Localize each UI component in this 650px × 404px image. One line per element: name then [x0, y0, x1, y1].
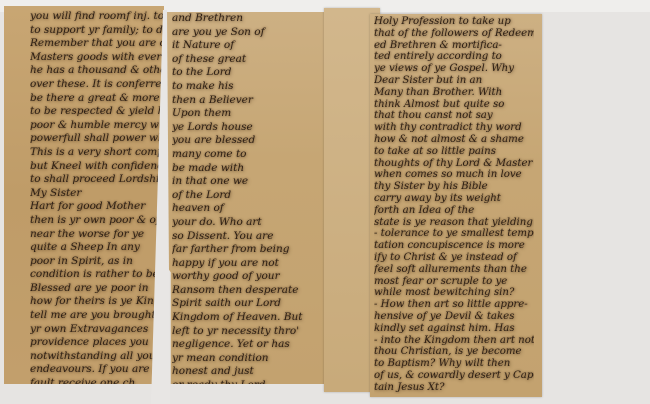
- text-line: providence places you: [30, 336, 164, 350]
- right-page-text: Holy Profession to take up that of the f…: [374, 16, 534, 394]
- left-page-text: you will find roomf inj. to manage; y. l…: [30, 10, 164, 391]
- text-line: Masters goods with ever & most rigorous: [30, 51, 164, 65]
- text-line: to Baptism? Why wilt then: [374, 358, 534, 370]
- text-line: poor & humble mercy when Being the Lady: [30, 119, 164, 133]
- text-line: ye Lords house: [172, 121, 314, 135]
- text-line: Blessed are ye poor in: [30, 282, 164, 296]
- text-line: he has a thousand & other Islands: [30, 64, 164, 78]
- text-line: many come to: [172, 148, 314, 162]
- text-line: then is yr own poor & of the: [30, 214, 164, 228]
- text-line: quite a Sheep In any: [30, 241, 164, 255]
- text-line: kindly set against him. Has: [374, 323, 534, 335]
- text-line: but Kneel with confidence & more thy mer…: [30, 160, 164, 174]
- text-line: most fear or scruple to ye: [374, 276, 534, 288]
- text-line: to the Lord: [172, 66, 314, 80]
- text-line: forth an Idea of the: [374, 205, 534, 217]
- text-line: far farther from being: [172, 243, 314, 257]
- text-line: - into the Kingdom then art not: [374, 335, 534, 347]
- text-line: to take at so little pains: [374, 146, 534, 158]
- text-line: Remember that you are only Steward of yo…: [30, 37, 164, 51]
- text-line: Dear Sister but in an: [374, 75, 534, 87]
- text-line: yr mean condition: [172, 352, 314, 366]
- text-line: fault receive one ch: [30, 377, 164, 391]
- text-line: while most bewitching sin?: [374, 287, 534, 299]
- text-line: worthy good of your: [172, 270, 314, 284]
- text-line: are you ye Son of: [172, 26, 314, 40]
- text-line: be there a great & more wice, that you m…: [30, 92, 164, 106]
- text-line: you are blessed: [172, 134, 314, 148]
- text-line: Many than Brother. With: [374, 87, 534, 99]
- text-line: ted entirely according to: [374, 51, 534, 63]
- middle-page-text: and Brethren are you ye Son of it Nature…: [172, 12, 314, 393]
- text-line: - How then art so little appre-: [374, 299, 534, 311]
- text-line: state is ye reason that yielding: [374, 217, 534, 229]
- text-line: carry away by its weight: [374, 193, 534, 205]
- text-line: Spirit saith our Lord: [172, 297, 314, 311]
- text-line: This is a very short computation of yr o…: [30, 146, 164, 160]
- text-line: that of the followers of Redeem-: [374, 28, 534, 40]
- text-line: to support yr family; to defend ye oppre…: [30, 24, 164, 38]
- text-line: in that one we: [172, 175, 314, 189]
- text-line: - tolerance to ye smallest temp-: [374, 228, 534, 240]
- text-line: and Brethren: [172, 12, 314, 26]
- text-line: tain Jesus Xt?: [374, 382, 534, 394]
- text-line: think Almost but quite so: [374, 99, 534, 111]
- text-line: thou Christian, is ye become: [374, 346, 534, 358]
- text-line: or ready thy Lord: [172, 379, 314, 393]
- text-line: how for theirs is ye Kingdom: [30, 295, 164, 309]
- right-page: Holy Profession to take up that of the f…: [370, 14, 542, 397]
- text-line: condition is rather to be: [30, 268, 164, 282]
- text-line: when comes so much in love: [374, 169, 534, 181]
- text-line: it Nature of: [172, 39, 314, 53]
- text-line: that thou canst not say: [374, 110, 534, 122]
- text-line: tell me are you brought: [30, 309, 164, 323]
- text-line: thy Sister by his Bible: [374, 181, 534, 193]
- text-line: thoughts of thy Lord & Master: [374, 158, 534, 170]
- text-line: ify to Christ & ye instead of: [374, 252, 534, 264]
- text-line: you will find roomf inj. to manage; y. l…: [30, 10, 164, 24]
- text-line: of these great: [172, 53, 314, 67]
- text-line: over these. It is conferred upon you. In…: [30, 78, 164, 92]
- text-line: Ransom then desperate: [172, 284, 314, 298]
- text-line: feel soft allurements than the: [374, 264, 534, 276]
- text-line: heaven of: [172, 202, 314, 216]
- text-line: hensive of ye Devil & takes: [374, 311, 534, 323]
- text-line: Kingdom of Heaven. But: [172, 311, 314, 325]
- text-line: powerfull shall power wholly suffer torm…: [30, 132, 164, 146]
- text-line: poor in Spirit, as in: [30, 255, 164, 269]
- text-line: near the worse for ye: [30, 228, 164, 242]
- text-line: to be respected & yield her Brothers: [30, 105, 164, 119]
- text-line: then a Believer: [172, 94, 314, 108]
- text-line: Hart for good Mother: [30, 200, 164, 214]
- middle-page: and Brethren are you ye Son of it Nature…: [166, 12, 324, 384]
- text-line: with thy contradict thy word: [374, 122, 534, 134]
- text-line: yr own Extravagances: [30, 323, 164, 337]
- text-line: endeavours. If you are poor: [30, 363, 164, 377]
- text-line: ye views of ye Gospel. Why: [374, 63, 534, 75]
- text-line: honest and just: [172, 365, 314, 379]
- text-line: tation concupiscence is more: [374, 240, 534, 252]
- text-line: so Dissent. You are: [172, 230, 314, 244]
- text-line: ed Brethren & mortifica-: [374, 40, 534, 52]
- text-line: happy if you are not: [172, 257, 314, 271]
- text-line: Upon them: [172, 107, 314, 121]
- text-line: left to yr necessity thro': [172, 325, 314, 339]
- text-line: of the Lord: [172, 189, 314, 203]
- text-line: My Sister: [30, 187, 164, 201]
- text-line: notwithstanding all your: [30, 350, 164, 364]
- text-line: be made with: [172, 162, 314, 176]
- text-line: negligence. Yet or has: [172, 338, 314, 352]
- text-line: to make his: [172, 80, 314, 94]
- text-line: to shall proceed Lordship & Gaines Quest…: [30, 173, 164, 187]
- text-line: Holy Profession to take up: [374, 16, 534, 28]
- text-line: how & not almost & a shame: [374, 134, 534, 146]
- text-line: of us, & cowardly desert y Cap-: [374, 370, 534, 382]
- left-page: you will find roomf inj. to manage; y. l…: [4, 6, 164, 384]
- text-line: your do. Who art: [172, 216, 314, 230]
